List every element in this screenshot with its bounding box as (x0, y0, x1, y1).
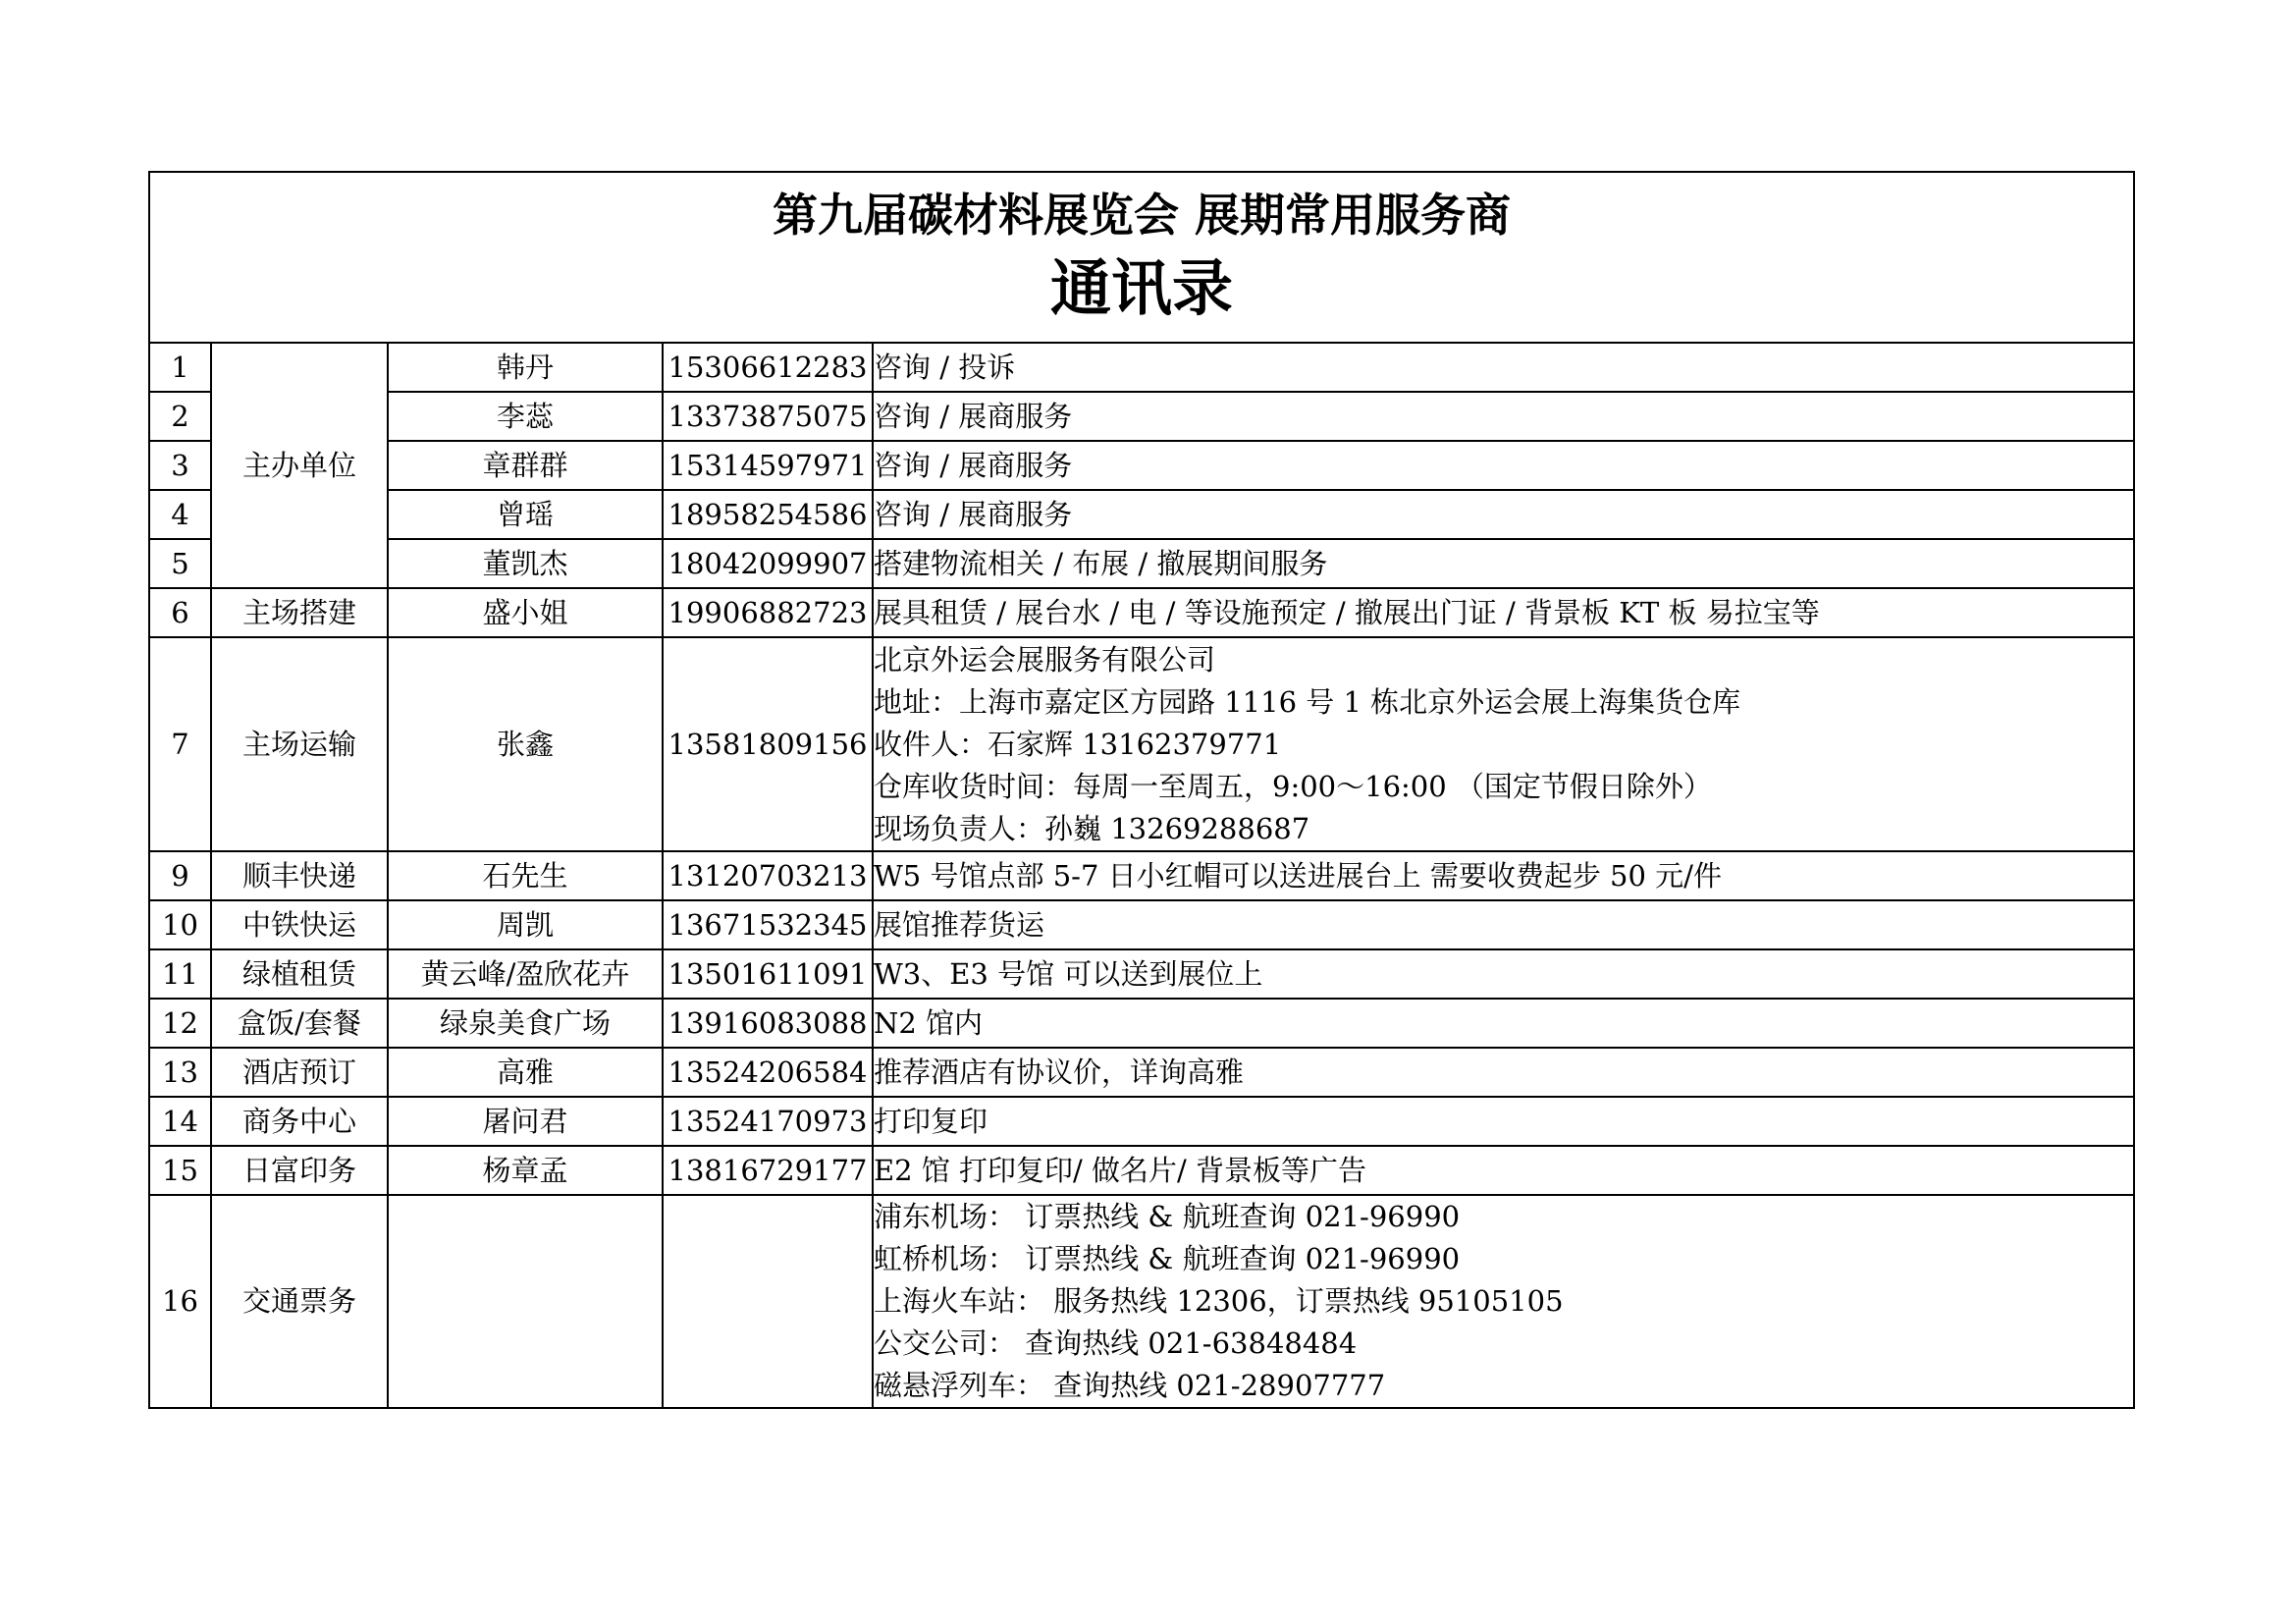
maglev-line: 磁悬浮列车： 查询热线 021-28907777 (874, 1365, 2133, 1407)
contact-name: 屠问君 (388, 1097, 663, 1146)
directory-sheet: 第九届碳材料展览会 展期常用服务商 通讯录 1 主办单位 韩丹 15306612… (148, 171, 2133, 1409)
phone-number: 13120703213 (663, 851, 873, 900)
contact-name (388, 1195, 663, 1408)
contact-name: 黄云峰/盈欣花卉 (388, 949, 663, 999)
contact-name: 盛小姐 (388, 588, 663, 637)
table-row: 3 章群群 15314597971 咨询 / 展商服务 (149, 441, 2134, 490)
service-description: W3、E3 号馆 可以送到展位上 (873, 949, 2134, 999)
table-row: 1 主办单位 韩丹 15306612283 咨询 / 投诉 (149, 343, 2134, 392)
logistics-company: 北京外运会展服务有限公司 (874, 639, 2133, 681)
table-row: 4 曾瑶 18958254586 咨询 / 展商服务 (149, 490, 2134, 539)
service-description: 浦东机场： 订票热线 & 航班查询 021-96990 虹桥机场： 订票热线 &… (873, 1195, 2134, 1408)
railway-station-line: 上海火车站： 服务热线 12306，订票热线 95105105 (874, 1280, 2133, 1323)
contact-name: 李蕊 (388, 392, 663, 441)
phone-number: 13524206584 (663, 1048, 873, 1097)
service-description: 推荐酒店有协议价，详询高雅 (873, 1048, 2134, 1097)
service-description: W5 号馆点部 5-7 日小红帽可以送进展台上 需要收费起步 50 元/件 (873, 851, 2134, 900)
row-number: 3 (149, 441, 211, 490)
phone-number: 15306612283 (663, 343, 873, 392)
category-cell: 酒店预订 (211, 1048, 388, 1097)
table-row: 14 商务中心 屠问君 13524170973 打印复印 (149, 1097, 2134, 1146)
row-number: 12 (149, 999, 211, 1048)
contact-name: 韩丹 (388, 343, 663, 392)
phone-number: 18042099907 (663, 539, 873, 588)
table-row: 10 中铁快运 周凯 13671532345 展馆推荐货运 (149, 900, 2134, 949)
row-number: 6 (149, 588, 211, 637)
bus-company-line: 公交公司： 查询热线 021-63848484 (874, 1323, 2133, 1365)
table-row: 9 顺丰快递 石先生 13120703213 W5 号馆点部 5-7 日小红帽可… (149, 851, 2134, 900)
service-description: 搭建物流相关 / 布展 / 撤展期间服务 (873, 539, 2134, 588)
service-description: 咨询 / 展商服务 (873, 441, 2134, 490)
service-description: 咨询 / 展商服务 (873, 490, 2134, 539)
phone-number: 13373875075 (663, 392, 873, 441)
table-header: 第九届碳材料展览会 展期常用服务商 通讯录 (149, 172, 2134, 343)
table-row: 6 主场搭建 盛小姐 19906882723 展具租赁 / 展台水 / 电 / … (149, 588, 2134, 637)
contact-name: 张鑫 (388, 637, 663, 851)
recipient: 收件人：石家辉 13162379771 (874, 724, 2133, 766)
service-description: N2 馆内 (873, 999, 2134, 1048)
service-description: 北京外运会展服务有限公司 地址：上海市嘉定区方园路 1116 号 1 栋北京外运… (873, 637, 2134, 851)
document-subtitle: 通讯录 (150, 244, 2133, 333)
row-number: 15 (149, 1146, 211, 1195)
row-number: 1 (149, 343, 211, 392)
table-row: 11 绿植租赁 黄云峰/盈欣花卉 13501611091 W3、E3 号馆 可以… (149, 949, 2134, 999)
row-number: 9 (149, 851, 211, 900)
pudong-airport-line: 浦东机场： 订票热线 & 航班查询 021-96990 (874, 1196, 2133, 1238)
category-cell: 中铁快运 (211, 900, 388, 949)
category-cell: 日富印务 (211, 1146, 388, 1195)
phone-number: 13501611091 (663, 949, 873, 999)
table-row: 15 日富印务 杨章孟 13816729177 E2 馆 打印复印/ 做名片/ … (149, 1146, 2134, 1195)
contact-name: 石先生 (388, 851, 663, 900)
table-row: 12 盒饭/套餐 绿泉美食广场 13916083088 N2 馆内 (149, 999, 2134, 1048)
phone-number: 13816729177 (663, 1146, 873, 1195)
service-description: 展馆推荐货运 (873, 900, 2134, 949)
category-cell: 顺丰快递 (211, 851, 388, 900)
receiving-hours: 仓库收货时间：每周一至周五，9:00～16:00 （国定节假日除外） (874, 766, 2133, 808)
phone-number: 15314597971 (663, 441, 873, 490)
contact-name: 高雅 (388, 1048, 663, 1097)
phone-number: 13671532345 (663, 900, 873, 949)
phone-number: 13916083088 (663, 999, 873, 1048)
row-number: 14 (149, 1097, 211, 1146)
row-number: 7 (149, 637, 211, 851)
table-row: 13 酒店预订 高雅 13524206584 推荐酒店有协议价，详询高雅 (149, 1048, 2134, 1097)
table-row: 16 交通票务 浦东机场： 订票热线 & 航班查询 021-96990 虹桥机场… (149, 1195, 2134, 1408)
phone-number: 13581809156 (663, 637, 873, 851)
contact-name: 杨章孟 (388, 1146, 663, 1195)
phone-number: 19906882723 (663, 588, 873, 637)
contact-name: 周凯 (388, 900, 663, 949)
service-description: 展具租赁 / 展台水 / 电 / 等设施预定 / 撤展出门证 / 背景板 KT … (873, 588, 2134, 637)
row-number: 2 (149, 392, 211, 441)
warehouse-address: 地址：上海市嘉定区方园路 1116 号 1 栋北京外运会展上海集货仓库 (874, 681, 2133, 724)
service-description: E2 馆 打印复印/ 做名片/ 背景板等广告 (873, 1146, 2134, 1195)
category-cell: 盒饭/套餐 (211, 999, 388, 1048)
category-cell: 主办单位 (211, 343, 388, 588)
service-description: 咨询 / 展商服务 (873, 392, 2134, 441)
row-number: 10 (149, 900, 211, 949)
table-row: 5 董凯杰 18042099907 搭建物流相关 / 布展 / 撤展期间服务 (149, 539, 2134, 588)
service-description: 打印复印 (873, 1097, 2134, 1146)
category-cell: 主场运输 (211, 637, 388, 851)
phone-number: 13524170973 (663, 1097, 873, 1146)
row-number: 13 (149, 1048, 211, 1097)
contact-directory-table: 第九届碳材料展览会 展期常用服务商 通讯录 1 主办单位 韩丹 15306612… (148, 171, 2135, 1409)
phone-number (663, 1195, 873, 1408)
row-number: 11 (149, 949, 211, 999)
category-cell: 主场搭建 (211, 588, 388, 637)
table-row: 2 李蕊 13373875075 咨询 / 展商服务 (149, 392, 2134, 441)
phone-number: 18958254586 (663, 490, 873, 539)
onsite-manager: 现场负责人：孙巍 13269288687 (874, 808, 2133, 850)
table-row: 7 主场运输 张鑫 13581809156 北京外运会展服务有限公司 地址：上海… (149, 637, 2134, 851)
category-cell: 交通票务 (211, 1195, 388, 1408)
hongqiao-airport-line: 虹桥机场： 订票热线 & 航班查询 021-96990 (874, 1238, 2133, 1280)
contact-name: 董凯杰 (388, 539, 663, 588)
contact-name: 章群群 (388, 441, 663, 490)
service-description: 咨询 / 投诉 (873, 343, 2134, 392)
contact-name: 绿泉美食广场 (388, 999, 663, 1048)
row-number: 16 (149, 1195, 211, 1408)
category-cell: 商务中心 (211, 1097, 388, 1146)
category-cell: 绿植租赁 (211, 949, 388, 999)
row-number: 5 (149, 539, 211, 588)
row-number: 4 (149, 490, 211, 539)
contact-name: 曾瑶 (388, 490, 663, 539)
document-title: 第九届碳材料展览会 展期常用服务商 (150, 186, 2133, 244)
